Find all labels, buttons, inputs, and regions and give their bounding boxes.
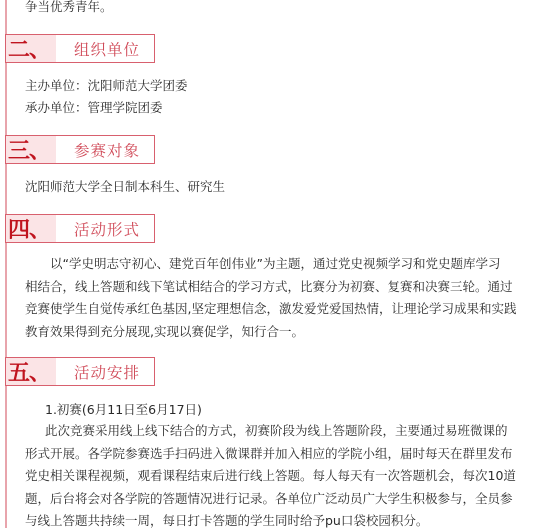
paragraph-line: 竞赛使学生自觉传承红色基因,坚定理想信念，激发爱党爱国热情，让理论学习成果和实践 [25, 298, 525, 321]
participants-text: 沈阳师范大学全日制本科生、研究生 [25, 176, 225, 198]
section-title: 组织单位 [56, 35, 154, 62]
section-number: 四、 [6, 215, 56, 242]
paragraph-line: 相结合，线上答题和线下笔试相结合的学习方式，比赛分为初赛、复赛和决赛三轮。通过 [25, 276, 525, 299]
format-paragraph: 以“学史明志守初心、建党百年创伟业”为主题，通过党史视频学习和党史题库学习 相结… [25, 253, 525, 343]
paragraph-line: 此次竞赛采用线上线下结合的方式，初赛阶段为线上答题阶段，主要通过易班微课的 [25, 420, 525, 443]
organizer-undertaker: 承办单位：管理学院团委 [25, 97, 163, 119]
intro-tail-text: 争当优秀青年。 [25, 0, 113, 18]
paragraph-line: 形式开展。各学院参赛选手扫码进入微课群并加入相应的学院小组，届时每天在群里发布 [25, 443, 525, 466]
section-title: 活动形式 [56, 215, 154, 242]
section-header-organizers: 二、 组织单位 [5, 34, 155, 63]
schedule-subheading: 1.初赛(6月11日至6月17日) [45, 399, 202, 421]
document-page: 争当优秀青年。 二、 组织单位 主办单位：沈阳师范大学团委 承办单位：管理学院团… [0, 0, 554, 528]
paragraph-line: 与线上答题共持续一周，每日打卡答题的学生同时给予pu口袋校园积分。 [25, 510, 525, 528]
paragraph-line: 党史相关课程视频，观看课程结束后进行线上答题。每人每天有一次答题机会，每次10道 [25, 465, 525, 488]
section-header-format: 四、 活动形式 [5, 214, 155, 243]
section-title: 活动安排 [56, 358, 154, 385]
left-border-rule [5, 0, 7, 528]
section-number: 五、 [6, 358, 56, 385]
section-title: 参赛对象 [56, 136, 154, 163]
paragraph-line: 以“学史明志守初心、建党百年创伟业”为主题，通过党史视频学习和党史题库学习 [25, 253, 525, 276]
section-number: 二、 [6, 35, 56, 62]
section-header-participants: 三、 参赛对象 [5, 135, 155, 164]
organizer-host: 主办单位：沈阳师范大学团委 [25, 75, 188, 97]
section-number: 三、 [6, 136, 56, 163]
schedule-paragraph: 此次竞赛采用线上线下结合的方式，初赛阶段为线上答题阶段，主要通过易班微课的 形式… [25, 420, 525, 528]
section-header-schedule: 五、 活动安排 [5, 357, 155, 386]
paragraph-line: 题，后台将会对各学院的答题情况进行记录。各单位广泛动员广大学生积极参与，全员参 [25, 488, 525, 511]
paragraph-line: 教育效果得到充分展现,实现以赛促学，知行合一。 [25, 321, 525, 344]
